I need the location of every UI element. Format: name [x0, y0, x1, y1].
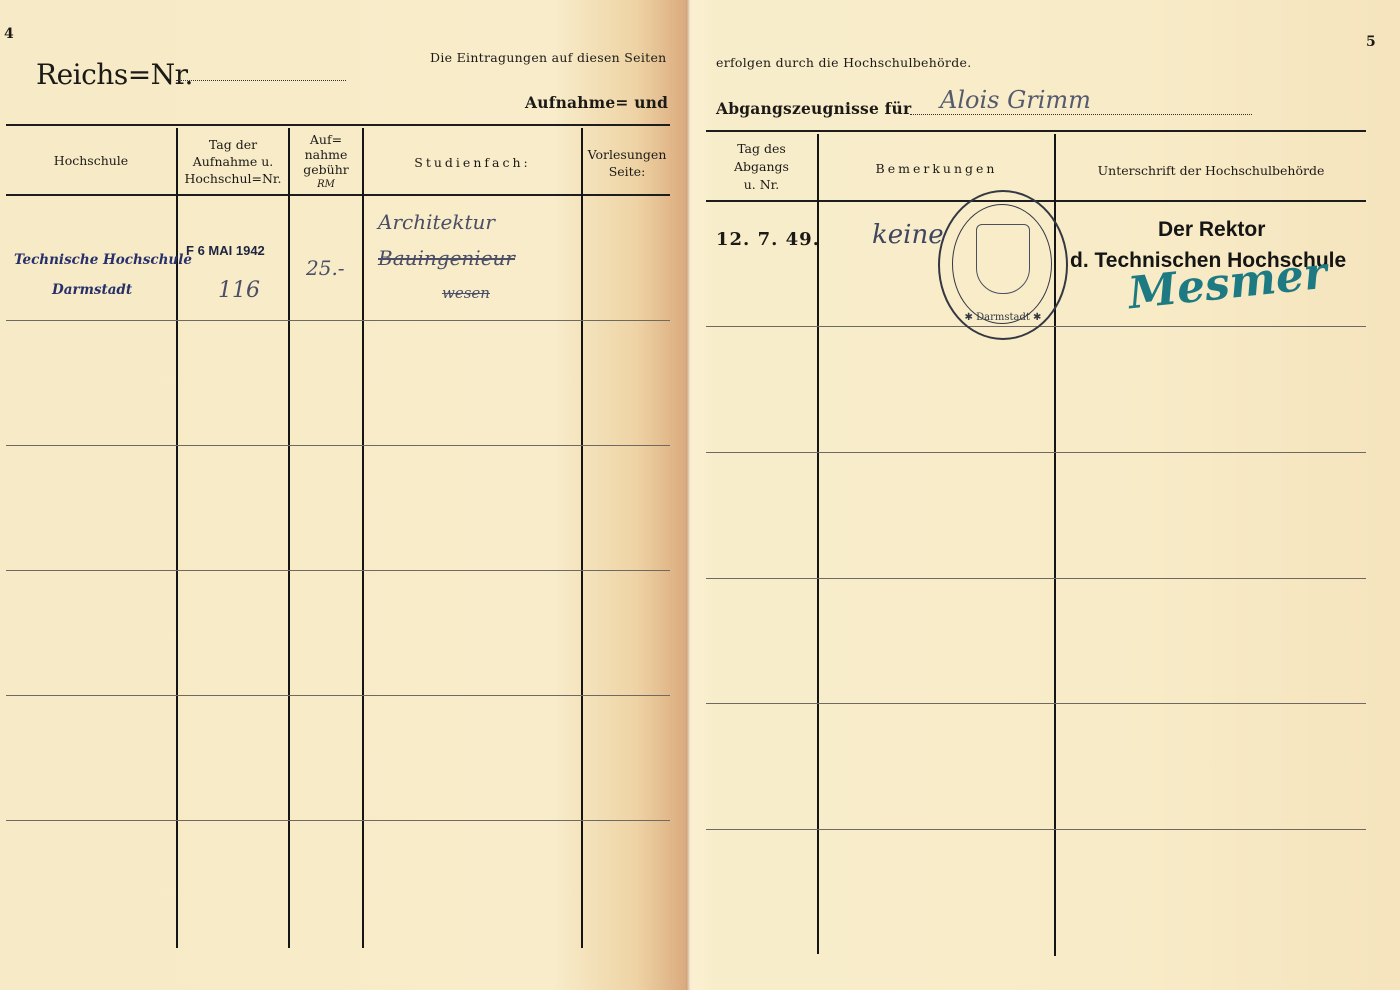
official-seal: ✱ Darmstadt ✱: [938, 190, 1068, 340]
section-title-left: Aufnahme= und: [525, 93, 668, 112]
header-vorlesungen: Vorlesungen Seite:: [583, 146, 671, 180]
col-divider-3: [362, 128, 364, 948]
entry-studienfach: Architektur: [378, 210, 495, 234]
header-line: nahme: [290, 147, 362, 162]
col-divider-1: [176, 128, 178, 948]
section-title-right: Abgangszeugnisse für: [716, 99, 911, 118]
intro-text-right: erfolgen durch die Hochschulbehörde.: [716, 55, 971, 70]
page-number-right: 5: [1366, 34, 1376, 50]
col-divider-1: [817, 134, 819, 954]
row-line: [706, 703, 1366, 704]
row-line: [706, 578, 1366, 579]
header-line: Aufnahme u.: [178, 153, 288, 170]
row-line: [706, 829, 1366, 830]
header-hochschule: Hochschule: [6, 152, 176, 169]
header-line: Seite:: [583, 163, 671, 180]
header-aufnahmegebuehr: Auf= nahme gebühr RM: [290, 132, 362, 192]
row-line: [706, 452, 1366, 453]
header-line: Auf=: [290, 132, 362, 147]
header-unterschrift: Unterschrift der Hochschulbehörde: [1056, 162, 1366, 179]
document-spread: 4 Reichs=Nr. Die Eintragungen auf diesen…: [0, 0, 1400, 990]
date-value: 6 MAI 1942: [198, 243, 265, 258]
header-line: Tag der: [178, 136, 288, 153]
header-line: Abgangs: [706, 158, 817, 176]
reichs-nr-label: Reichs=Nr.: [36, 58, 193, 91]
col-divider-2: [288, 128, 290, 948]
page-number-left: 4: [4, 26, 14, 42]
row-line: [6, 570, 670, 571]
date-prefix: F: [186, 243, 194, 258]
header-currency: RM: [290, 177, 362, 192]
table-top-rule: [706, 130, 1366, 132]
right-page: 5 erfolgen durch die Hochschulbehörde. A…: [692, 0, 1400, 990]
student-name: Alois Grimm: [940, 86, 1091, 114]
header-bottom-rule: [6, 194, 670, 196]
entry-studienfach-struck-1: Bauingenieur: [378, 246, 515, 270]
row-line: [6, 320, 670, 321]
header-tag-der-aufnahme: Tag der Aufnahme u. Hochschul=Nr.: [178, 136, 288, 187]
intro-text-left: Die Eintragungen auf diesen Seiten: [430, 50, 667, 65]
header-line: gebühr: [290, 162, 362, 177]
entry-studienfach-struck-2: wesen: [442, 284, 490, 302]
header-line: Hochschul=Nr.: [178, 170, 288, 187]
header-line: Tag des: [706, 140, 817, 158]
entry-hochschule-line2: Darmstadt: [52, 282, 132, 298]
entry-hochschule-line1: Technische Hochschule: [14, 252, 192, 268]
seal-text: ✱ Darmstadt ✱: [960, 312, 1046, 323]
entry-hochschul-nr: 116: [218, 278, 260, 303]
left-page: 4 Reichs=Nr. Die Eintragungen auf diesen…: [0, 0, 692, 990]
student-name-field: [910, 114, 1252, 115]
row-line: [6, 695, 670, 696]
entry-gebuehr: 25.-: [306, 256, 345, 280]
header-tag-des-abgangs: Tag des Abgangs u. Nr.: [706, 140, 817, 194]
header-line: u. Nr.: [706, 176, 817, 194]
row-line: [6, 820, 670, 821]
header-line: Vorlesungen: [583, 146, 671, 163]
header-studienfach: Studienfach:: [364, 154, 581, 171]
entry-bemerkungen: keine: [872, 220, 944, 250]
reichs-nr-field: [176, 80, 346, 81]
rektor-stamp-line1: Der Rektor: [1158, 218, 1265, 242]
entry-aufnahme-date-stamp: F 6 MAI 1942: [186, 243, 265, 258]
entry-abgang-date: 12. 7. 49.: [716, 229, 820, 250]
table-top-rule: [6, 124, 670, 126]
row-line: [6, 445, 670, 446]
header-bemerkungen: Bemerkungen: [819, 160, 1054, 177]
col-divider-4: [581, 128, 583, 948]
coat-of-arms-icon: [976, 224, 1030, 294]
